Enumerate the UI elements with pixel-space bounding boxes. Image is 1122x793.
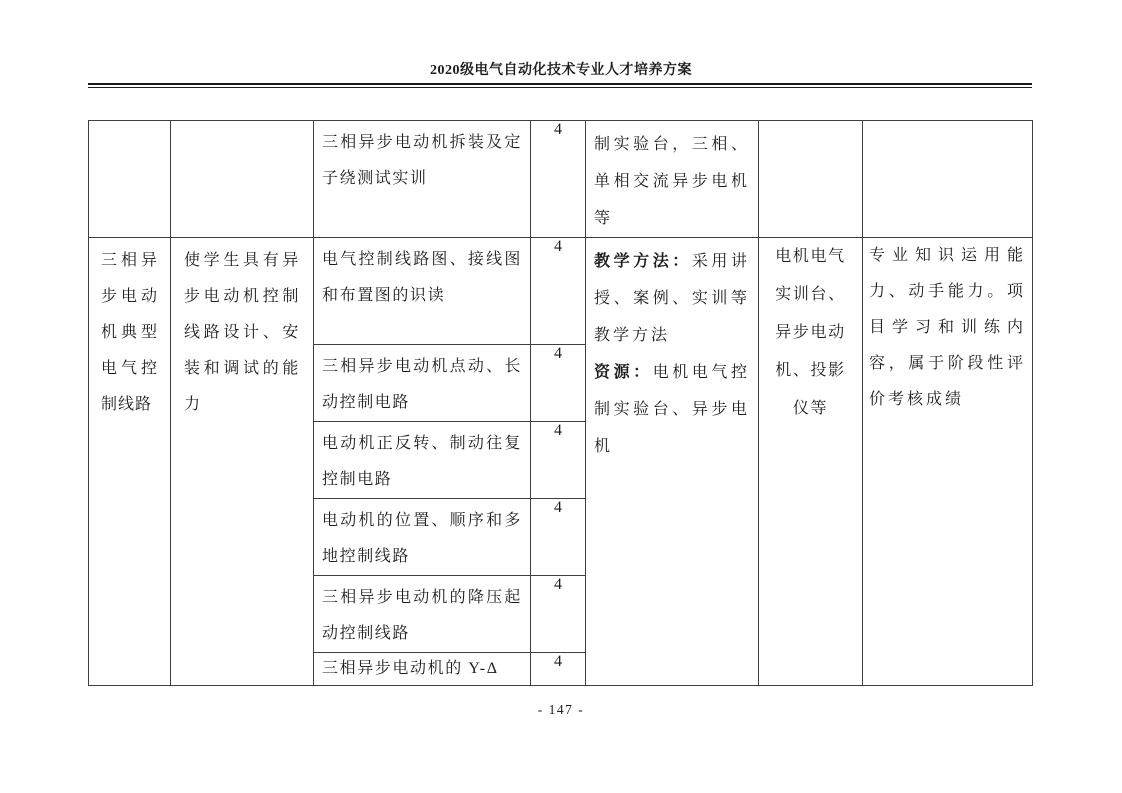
cell-objective: 使学生具有异步电动机控制线路设计、安装和调试的能力 — [171, 238, 314, 686]
cell-content: 三相异步电动机的 Y-Δ — [314, 653, 531, 686]
resources-label: 资源： — [594, 364, 653, 381]
table-row-item-1: 三相异步电动机典型电气控制线路 使学生具有异步电动机控制线路设计、安装和调试的能… — [89, 238, 1033, 345]
document-page: 2020级电气自动化技术专业人才培养方案 三相异步电动机拆装及定子绕测试实训 4… — [0, 0, 1122, 793]
methods-label: 教学方法： — [594, 253, 692, 270]
cell-conditions: 电机电气实训台、异步电动机、投影仪等 — [759, 238, 863, 686]
cell-hours: 4 — [531, 576, 586, 653]
cell-hours: 4 — [531, 345, 586, 422]
cell-content: 三相异步电动机拆装及定子绕测试实训 — [314, 121, 531, 238]
cell-conditions-empty — [759, 121, 863, 238]
cell-hours: 4 — [531, 121, 586, 238]
course-module-table: 三相异步电动机拆装及定子绕测试实训 4 制实验台，三相、单相交流异步电机等 三相… — [88, 120, 1033, 686]
teaching-methods-paragraph: 教学方法：采用讲授、案例、实训等教学方法 — [594, 243, 750, 354]
teaching-resources-paragraph: 资源：电机电气控制实验台、异步电机 — [594, 354, 750, 465]
cell-resources-continued: 制实验台，三相、单相交流异步电机等 — [586, 121, 759, 238]
cell-content: 电动机正反转、制动往复控制电路 — [314, 422, 531, 499]
cell-content: 电气控制线路图、接线图和布置图的识读 — [314, 238, 531, 345]
cell-content: 三相异步电动机点动、长动控制电路 — [314, 345, 531, 422]
cell-hours: 4 — [531, 499, 586, 576]
cell-assessment-empty — [863, 121, 1033, 238]
cell-hours: 4 — [531, 422, 586, 499]
cell-assessment: 专业知识运用能力、动手能力。项目学习和训练内容，属于阶段性评价考核成绩 — [863, 238, 1033, 686]
cell-module-empty — [89, 121, 171, 238]
cell-module-name: 三相异步电动机典型电气控制线路 — [89, 238, 171, 686]
header-divider — [88, 83, 1032, 88]
cell-content: 三相异步电动机的降压起动控制线路 — [314, 576, 531, 653]
cell-teaching-methods: 教学方法：采用讲授、案例、实训等教学方法 资源：电机电气控制实验台、异步电机 — [586, 238, 759, 686]
cell-hours: 4 — [531, 653, 586, 686]
table-row-continuation: 三相异步电动机拆装及定子绕测试实训 4 制实验台，三相、单相交流异步电机等 — [89, 121, 1033, 238]
cell-objective-empty — [171, 121, 314, 238]
cell-content: 电动机的位置、顺序和多地控制线路 — [314, 499, 531, 576]
page-number: - 147 - — [0, 702, 1122, 718]
cell-hours: 4 — [531, 238, 586, 345]
page-header-title: 2020级电气自动化技术专业人才培养方案 — [0, 59, 1122, 79]
